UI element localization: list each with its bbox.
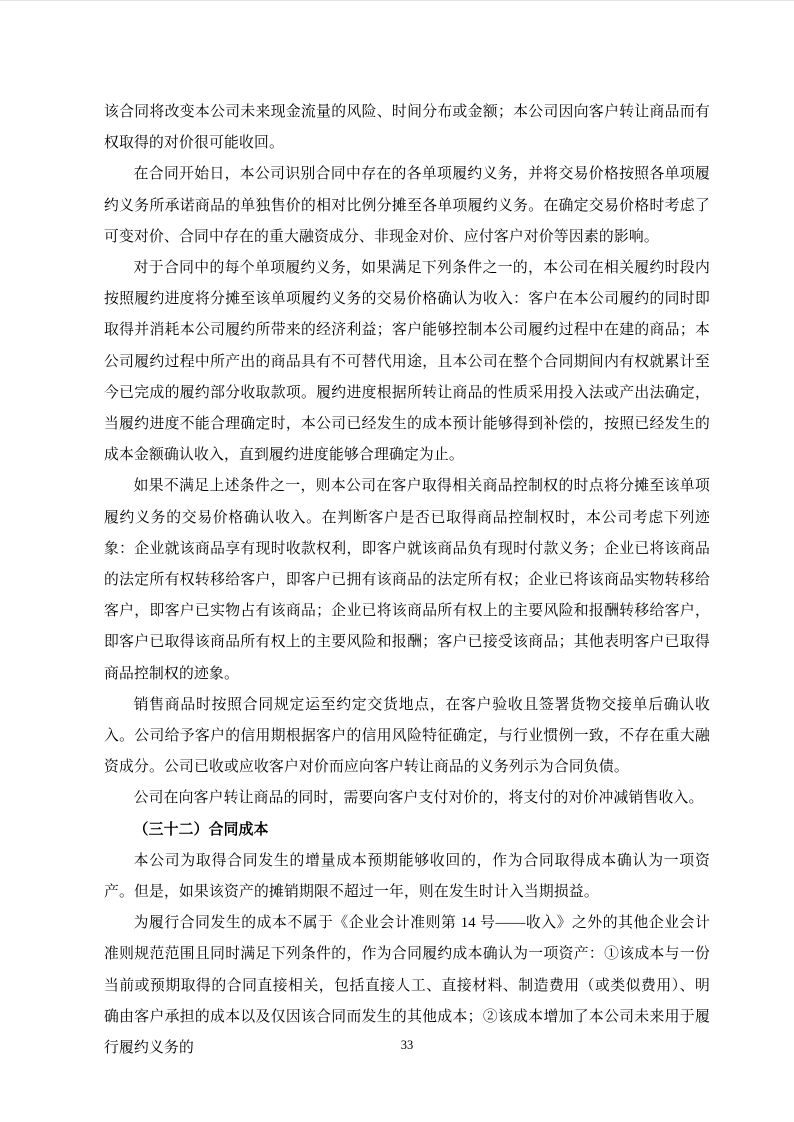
paragraph-performance-obligation-over-time: 对于合同中的每个单项履约义务，如果满足下列条件之一的，本公司在相关履约时段内按照… [104,253,710,471]
paragraph-revenue-criteria-continuation: 该合同将改变本公司未来现金流量的风险、时间分布或金额；本公司因向客户转让商品而有… [104,97,710,159]
page-number: 33 [104,1037,710,1053]
paragraph-consideration-payable-to-customer: 公司在向客户转让商品的同时，需要向客户支付对价的，将支付的对价冲减销售收入。 [104,783,710,814]
paragraph-goods-delivery-recognition: 销售商品时按照合同规定运至约定交货地点，在客户验收且签署货物交接单后确认收入。公… [104,690,710,784]
document-body: 该合同将改变本公司未来现金流量的风险、时间分布或金额；本公司因向客户转让商品而有… [104,97,710,1064]
paragraph-contract-start-date: 在合同开始日，本公司识别合同中存在的各单项履约义务，并将交易价格按照各单项履约义… [104,159,710,253]
paragraph-control-transfer-point: 如果不满足上述条件之一，则本公司在客户取得相关商品控制权的时点将分摊至该单项履约… [104,471,710,689]
document-page: 该合同将改变本公司未来现金流量的风险、时间分布或金额；本公司因向客户转让商品而有… [0,0,794,1122]
paragraph-contract-acquisition-cost: 本公司为取得合同发生的增量成本预期能够收回的，作为合同取得成本确认为一项资产。但… [104,846,710,908]
section-heading-contract-cost: （三十二）合同成本 [104,815,710,846]
